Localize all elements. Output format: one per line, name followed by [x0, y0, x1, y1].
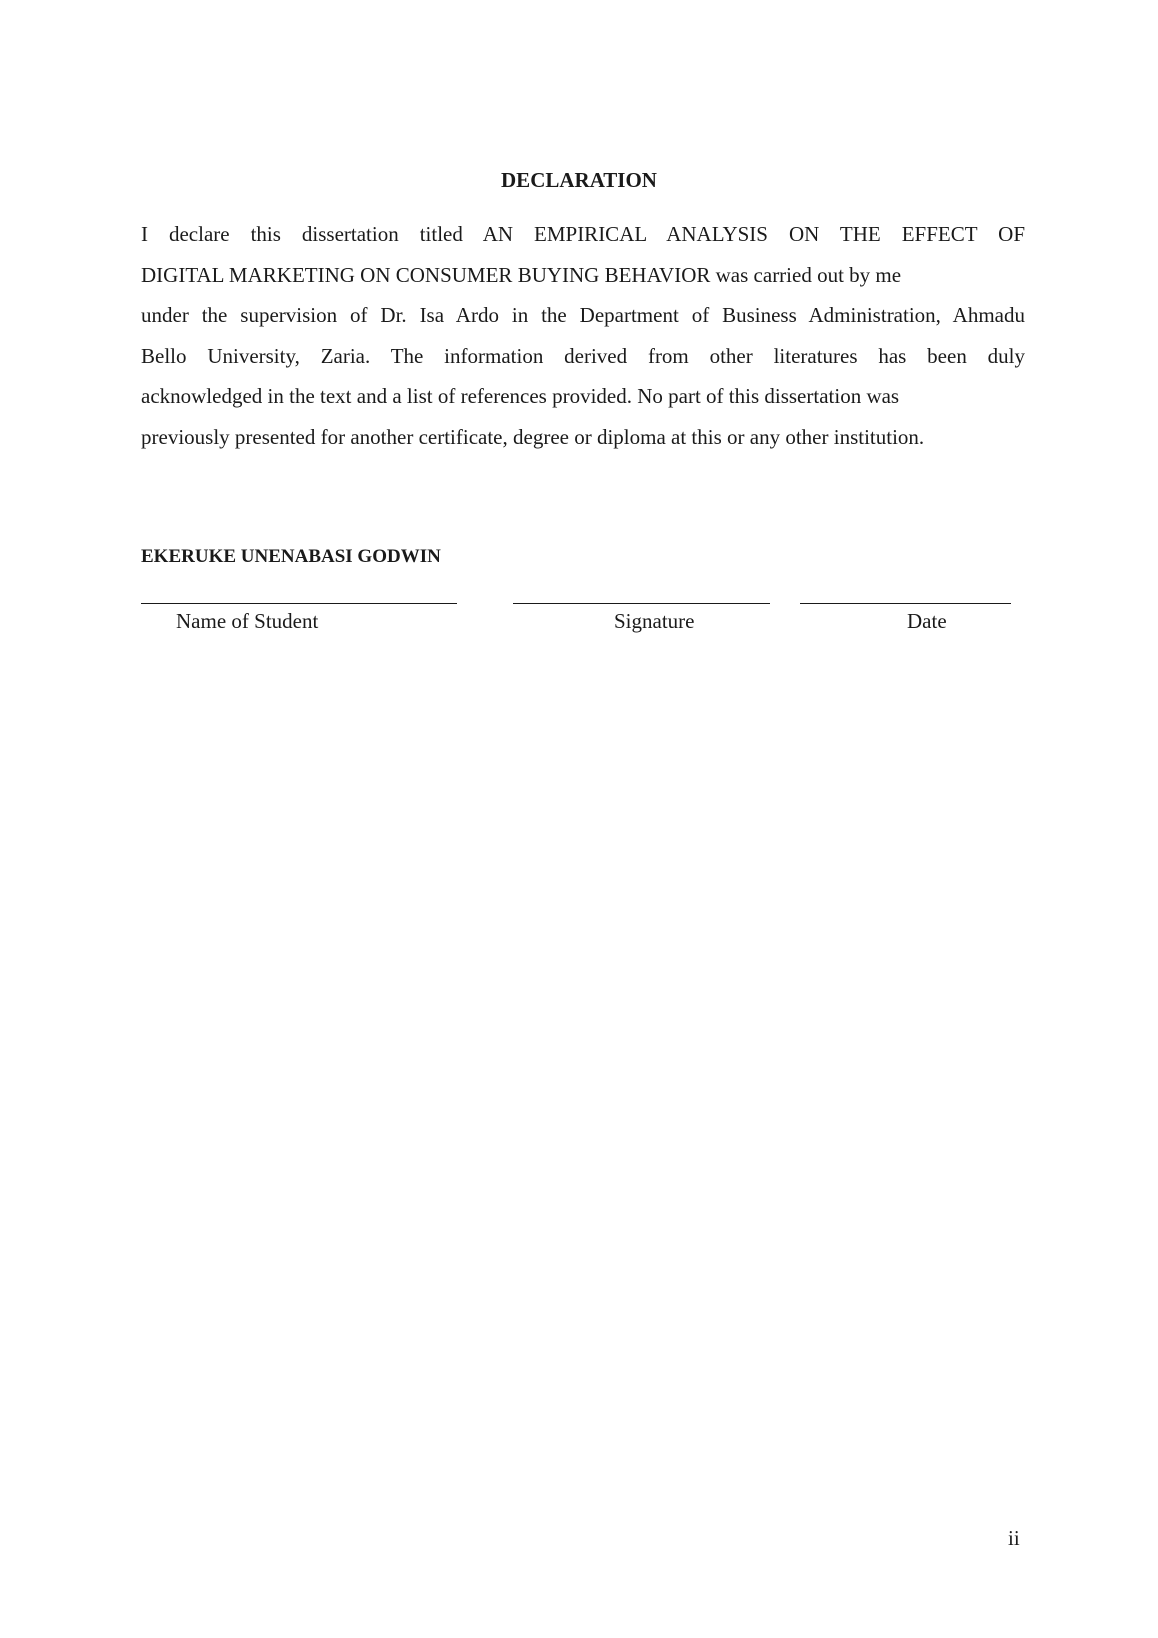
- name-of-student-label: Name of Student: [176, 609, 318, 634]
- paragraph-line: DIGITAL MARKETING ON CONSUMER BUYING BEH…: [141, 255, 1025, 296]
- paragraph-line: Bello University, Zaria. The information…: [141, 336, 1025, 377]
- date-signature-line: [800, 603, 1011, 604]
- signature-label: Signature: [614, 609, 694, 634]
- name-signature-line: [141, 603, 457, 604]
- student-name: EKERUKE UNENABASI GODWIN: [141, 546, 441, 568]
- paragraph-line: previously presented for another certifi…: [141, 417, 1025, 458]
- paragraph-line: under the supervision of Dr. Isa Ardo in…: [141, 295, 1025, 336]
- page-number: ii: [1008, 1526, 1020, 1551]
- declaration-paragraph: I declare this dissertation titled AN EM…: [141, 214, 1025, 457]
- paragraph-line: I declare this dissertation titled AN EM…: [141, 214, 1025, 255]
- paragraph-line: acknowledged in the text and a list of r…: [141, 376, 1025, 417]
- signature-line: [513, 603, 770, 604]
- page-title: DECLARATION: [0, 168, 1158, 193]
- date-label: Date: [907, 609, 947, 634]
